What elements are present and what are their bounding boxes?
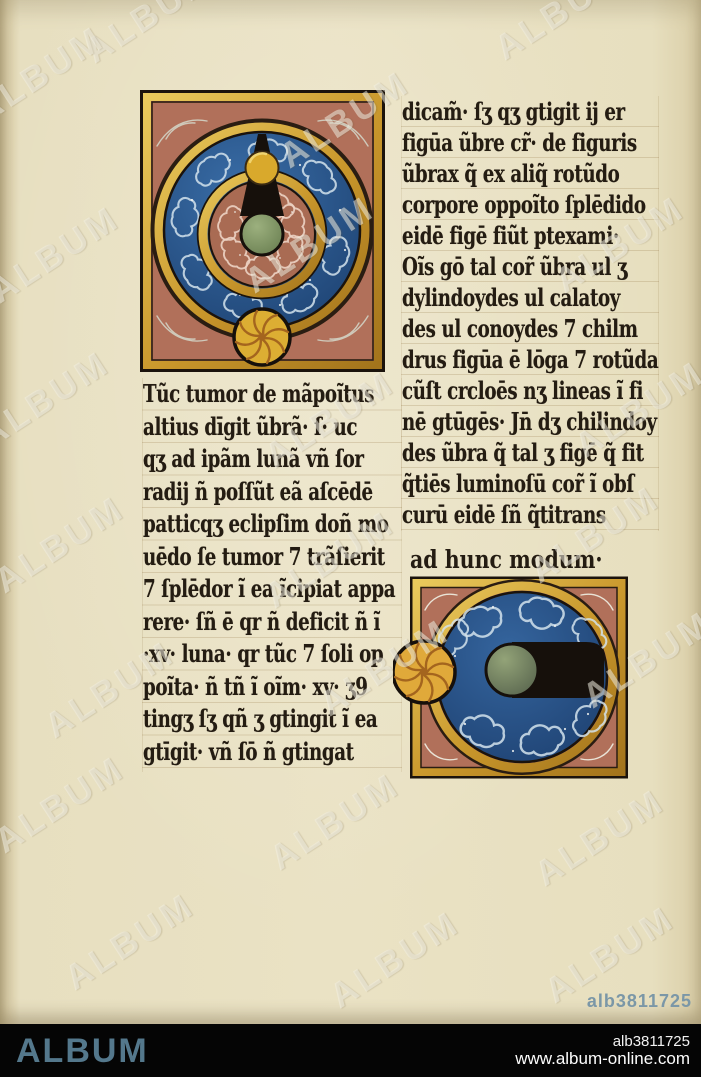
manuscript-text-line: poĩta· ñ tñ ĩ oĩm· xv· ʒ9 xyxy=(143,671,339,704)
eclipse-diagram-miniature-top xyxy=(140,90,385,372)
manuscript-text-line: Tũc tumor de mãpoĩtus xyxy=(143,378,339,411)
manuscript-text-line: rere· ſñ ē qr ñ deficit ñ ĩ xyxy=(143,606,339,639)
album-watermark: ALBUM xyxy=(263,765,408,878)
miniature-caption: ad hunc modum· xyxy=(410,545,660,575)
manuscript-text-line: gtīgit· vñ ſō ñ gtingat xyxy=(143,736,339,769)
manuscript-text-line: altius dīgit ũbrã· ſ· uc xyxy=(143,411,339,444)
stock-photo: Tũc tumor de mãpoĩtusaltius dīgit ũbrã· … xyxy=(0,0,701,1077)
manuscript-text-line: qʒ ad ipãm lunã vñ ſor xyxy=(143,443,339,476)
manuscript-text-line: uēdo ſe tumor 7 trãſierit xyxy=(143,541,339,574)
manuscript-text-line: 7 ſplēdor ĩ ea ĩcipiat appa xyxy=(143,573,339,606)
moon-gold-disc xyxy=(246,152,279,185)
manuscript-text-line: dylindoydes ul calatoy xyxy=(402,282,597,313)
manuscript-text-line: tingʒ ſʒ qñ ʒ gtingit ĩ ea xyxy=(143,703,339,736)
manuscript-text-line: drus figūa ē lōga 7 rotũda xyxy=(402,344,597,375)
album-watermark: ALBUM xyxy=(0,343,117,456)
footer-credits: alb3811725 www.album-online.com xyxy=(515,1033,690,1068)
album-watermark: ALBUM xyxy=(488,0,633,69)
manuscript-text-line: Oĩs gō tal cor̃ ũbra ul ʒ xyxy=(402,251,597,282)
manuscript-text-line: q̃tiēs luminoſū cor̃ ĩ obſ xyxy=(402,468,597,499)
footer-ref-id: alb3811725 xyxy=(515,1033,690,1050)
album-watermark: ALBUM xyxy=(0,488,132,601)
album-watermark: ALBUM xyxy=(58,885,203,998)
manuscript-text-line: figūa ũbre cr̃· de figuris xyxy=(402,127,597,158)
earth-sphere xyxy=(241,213,283,255)
manuscript-text-line: corpore oppoĩto ſplēdido xyxy=(402,189,597,220)
eclipse-diagram-miniature-bottom xyxy=(393,574,633,782)
album-logo: ALBUM xyxy=(16,1034,149,1068)
moon-sphere xyxy=(486,644,538,696)
album-watermark: ALBUM xyxy=(323,903,468,1016)
right-text-column: dicam̃· ſʒ qʒ gtigit ij erfigūa ũbre cr̃… xyxy=(401,96,659,531)
manuscript-text-line: patticqʒ eclipſim doñ mo xyxy=(143,508,339,541)
footer-website: www.album-online.com xyxy=(515,1050,690,1068)
manuscript-text-line: eidē figē fiũt ptexami· xyxy=(402,220,597,251)
album-watermark: ALBUM xyxy=(0,748,132,861)
manuscript-text-line: radij ñ poſſũt eã aſcēdē xyxy=(143,476,339,509)
left-text-column: Tũc tumor de mãpoĩtusaltius dīgit ũbrã· … xyxy=(142,378,402,772)
manuscript-text-line: des ũbra q̃ tal ʒ figē q̃ fit xyxy=(402,437,597,468)
manuscript-text-line: ũbrax q̃ ex aliq̃ rotũdo xyxy=(402,158,597,189)
sun-rosette xyxy=(393,641,455,703)
album-watermark: ALBUM xyxy=(78,0,223,72)
album-watermark: ALBUM xyxy=(528,781,673,894)
manuscript-text-line: dicam̃· ſʒ qʒ gtigit ij er xyxy=(402,96,597,127)
album-footer-bar: ALBUM alb3811725 www.album-online.com xyxy=(0,1024,701,1077)
manuscript-page: Tũc tumor de mãpoĩtusaltius dīgit ũbrã· … xyxy=(0,0,701,1024)
manuscript-text-line: curū eidē ſñ q̃titrans xyxy=(402,499,597,530)
manuscript-text-line: des ul conoydes 7 chilm xyxy=(402,313,597,344)
album-watermark: ALBUM xyxy=(0,18,112,131)
sun-rosette xyxy=(234,309,290,365)
manuscript-text-line: nē gtūgēs· Jn̄ dʒ chilindoy xyxy=(402,406,597,437)
album-watermark: ALBUM xyxy=(0,198,127,311)
manuscript-text-line: ·xv· luna· qr tũc 7 ſoli op xyxy=(143,638,339,671)
manuscript-text-line: cũſt crcloēs nʒ lineas ĩ fi xyxy=(402,375,597,406)
image-ref-id: alb3811725 xyxy=(587,991,692,1012)
